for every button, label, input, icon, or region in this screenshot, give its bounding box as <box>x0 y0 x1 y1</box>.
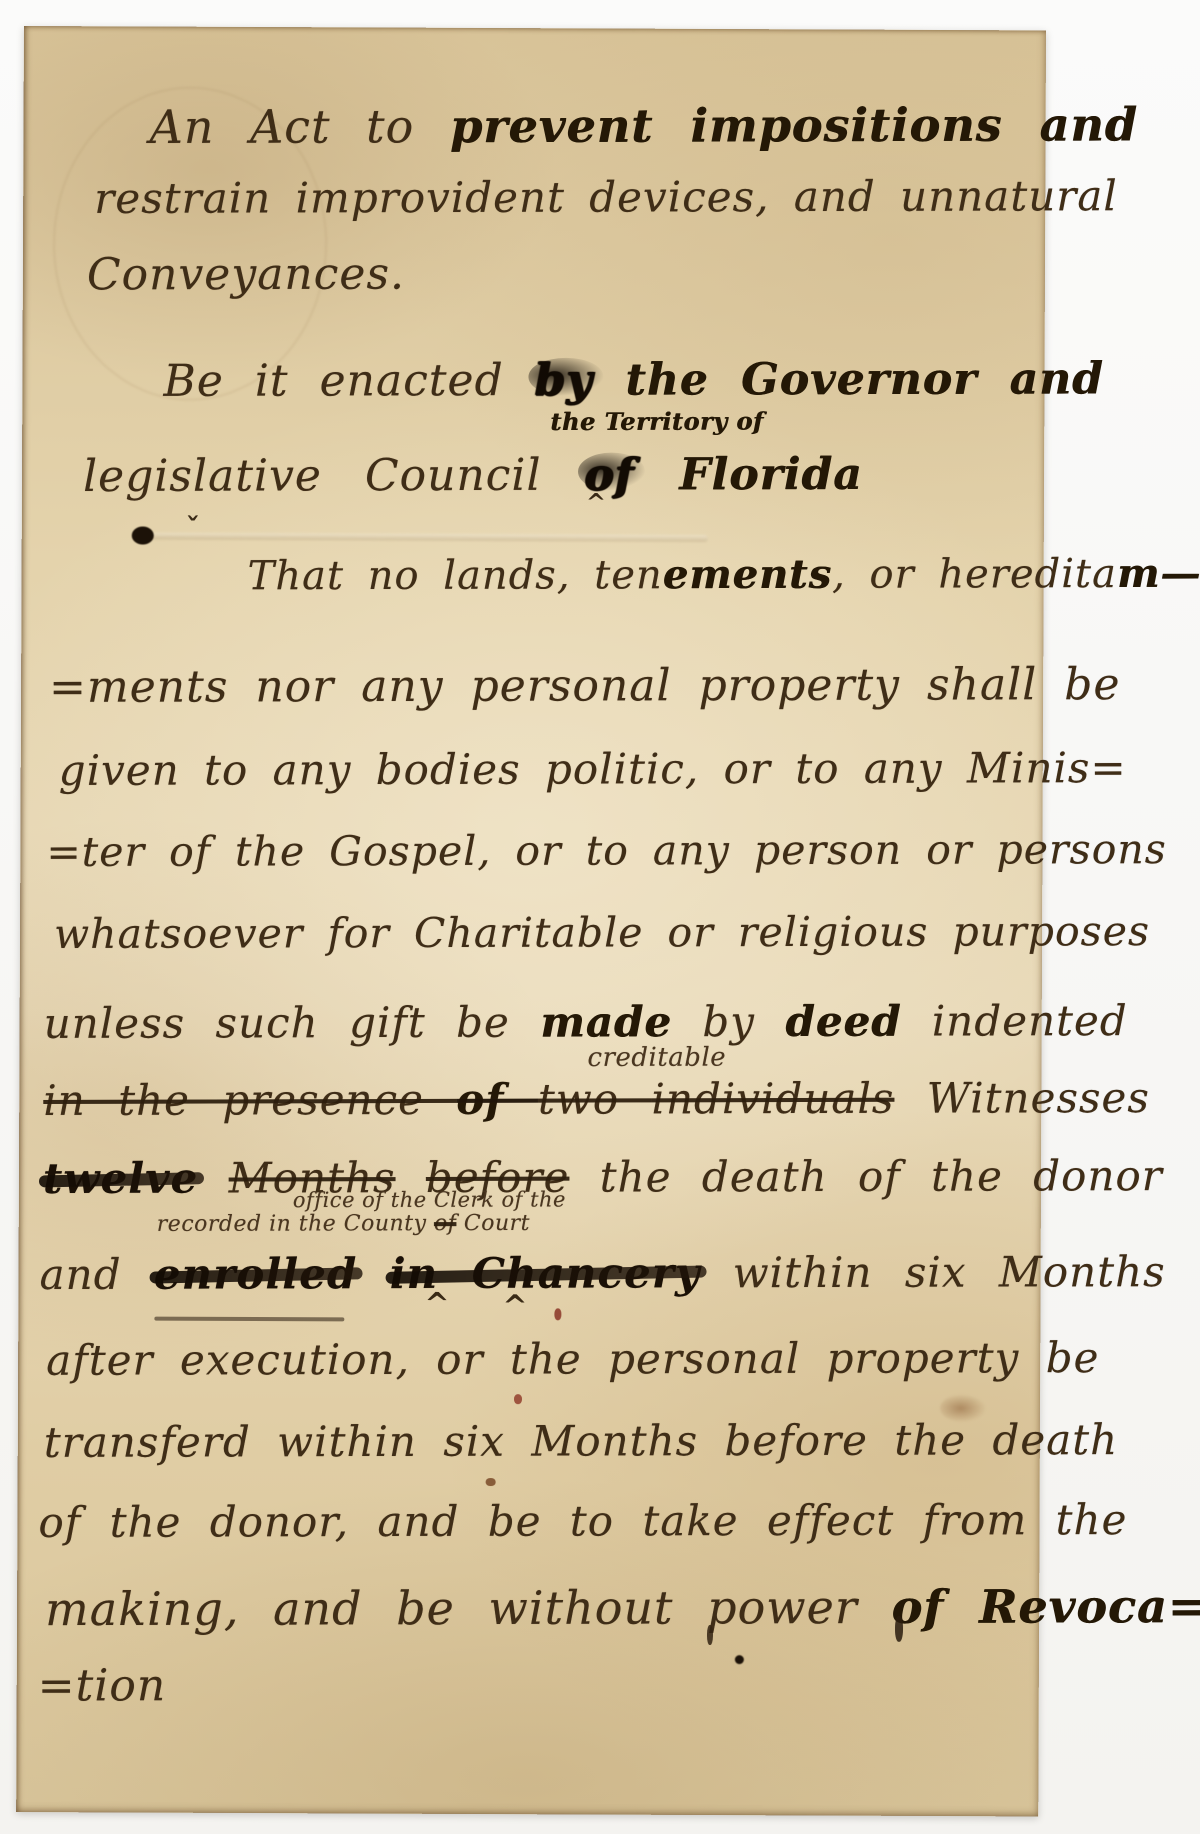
text-segment: Conveyances. <box>87 249 405 301</box>
text-segment: office of the Clerk of the <box>293 1187 566 1212</box>
emphasized-text: made <box>540 997 672 1046</box>
struck-text: two <box>538 1074 652 1123</box>
manuscript-paper: An Act to prevent impositions andrestrai… <box>16 26 1046 1816</box>
stain-right-edge <box>940 1394 986 1422</box>
emphasized-text: the Territory of <box>550 406 763 436</box>
emphasized-text: of Revoca= <box>891 1579 1200 1634</box>
scanned-page-background: An Act to prevent impositions andrestrai… <box>0 0 1200 1834</box>
emphasized-text: deed <box>785 997 901 1046</box>
manuscript-line: =ments nor any personal property shall b… <box>49 659 1120 713</box>
manuscript-line: and enrolled in Chancery within six Mont… <box>40 1247 1166 1299</box>
red-speck <box>554 1308 561 1320</box>
text-segment: by <box>672 997 785 1046</box>
text-segment: , or heredita <box>832 551 1117 598</box>
text-segment: That no lands, ten <box>248 552 663 599</box>
manuscript-line: That no lands, tenements, or hereditam— <box>248 550 1200 599</box>
text-segment: Be it enacted <box>163 355 534 407</box>
caret-right: ^ <box>502 1292 527 1322</box>
ink-blotted-word: by <box>535 355 593 406</box>
text-segment: legislative Council <box>83 450 585 502</box>
text-segment: and <box>40 1250 154 1299</box>
manuscript-text-layer: An Act to prevent impositions andrestrai… <box>24 26 1046 30</box>
text-segment: indented <box>901 996 1127 1046</box>
manuscript-line: after execution, or the personal propert… <box>46 1333 1099 1385</box>
interlined-insertion: creditable <box>587 1043 726 1073</box>
text-segment: creditable <box>587 1043 726 1073</box>
interlined-insertion: recorded in the County of Court <box>157 1211 530 1237</box>
caret-left: ^ <box>424 1290 449 1320</box>
text-segment: of the donor, and be to take effect from… <box>38 1495 1127 1547</box>
text-segment: =tion <box>38 1660 167 1711</box>
text-segment: recorded in the County <box>157 1211 434 1237</box>
text-segment: after execution, or the personal propert… <box>46 1333 1099 1385</box>
manuscript-line: twelve Months before the death of the do… <box>43 1151 1163 1203</box>
text-segment: whatsoever for Charitable or religious p… <box>54 907 1150 958</box>
interlined-insertion: the Territory of <box>550 406 763 436</box>
text-segment <box>198 1154 228 1203</box>
emphasized-text: and <box>1002 97 1138 151</box>
heavily-struck-text: enrolled <box>154 1249 358 1299</box>
struck-text: individuals <box>651 1074 894 1124</box>
emphasized-text: the Governor and <box>593 353 1104 405</box>
text-segment: making, and be without power <box>45 1580 891 1636</box>
interlined-insertion: office of the Clerk of the <box>293 1187 566 1212</box>
struck-text: of <box>434 1211 456 1236</box>
manuscript-line: transferd within six Months before the d… <box>44 1415 1118 1467</box>
text-segment: =ments nor any personal property shall b… <box>49 659 1120 713</box>
text-segment: transferd within six Months before the d… <box>44 1415 1118 1467</box>
manuscript-line: An Act to prevent impositions and <box>150 97 1138 154</box>
brown-specks <box>486 1478 496 1486</box>
stroke-above-execution <box>154 1317 344 1322</box>
paper-crease <box>148 533 708 542</box>
emphasized-text: m— <box>1117 550 1200 597</box>
manuscript-line: =tion <box>38 1660 167 1711</box>
manuscript-line: Be it enacted by the Governor and <box>163 353 1103 406</box>
text-segment: =ter of the Gospel, or to any person or … <box>46 825 1167 876</box>
text-segment: within six Months <box>700 1247 1165 1297</box>
manuscript-line: unless such gift be made by deed indente… <box>44 996 1128 1048</box>
emphasized-text: ements <box>663 551 832 598</box>
ink-stroke-descender <box>895 1616 903 1642</box>
text-segment: given to any bodies politic, or to any M… <box>59 743 1127 795</box>
manuscript-line: in the presence of two individuals Witne… <box>43 1073 1150 1125</box>
ink-dot <box>735 1655 744 1664</box>
red-speck-2 <box>514 1394 522 1404</box>
manuscript-line: of the donor, and be to take effect from… <box>38 1495 1127 1547</box>
text-segment: Court <box>456 1211 530 1236</box>
insertion-caret: ^ <box>586 490 606 514</box>
struck-text: of <box>456 1075 538 1124</box>
manuscript-line: legislative Council of Florida <box>83 449 863 502</box>
text-segment: An Act to <box>150 99 450 154</box>
manuscript-line: making, and be without power of Revoca= <box>45 1579 1200 1636</box>
manuscript-line: =ter of the Gospel, or to any person or … <box>46 825 1167 876</box>
text-segment <box>357 1249 389 1298</box>
check-mark: ˇ <box>186 515 200 543</box>
manuscript-line: Conveyances. <box>87 249 405 301</box>
manuscript-line: given to any bodies politic, or to any M… <box>59 743 1127 795</box>
heavily-struck-text: twelve <box>43 1154 198 1203</box>
emphasized-text: prevent impositions <box>450 98 1003 153</box>
struck-text: in the presence <box>43 1075 456 1125</box>
text-segment: restrain improvident devices, and unnatu… <box>94 171 1118 223</box>
ink-mark-dagger <box>707 1625 713 1645</box>
emphasized-text: Florida <box>635 449 863 501</box>
text-segment: Witnesses <box>894 1073 1150 1123</box>
manuscript-line: whatsoever for Charitable or religious p… <box>54 907 1150 958</box>
ink-blot <box>132 526 154 544</box>
text-segment: unless such gift be <box>44 998 541 1048</box>
text-segment: the death of the donor <box>569 1151 1163 1202</box>
manuscript-line: restrain improvident devices, and unnatu… <box>94 171 1118 223</box>
